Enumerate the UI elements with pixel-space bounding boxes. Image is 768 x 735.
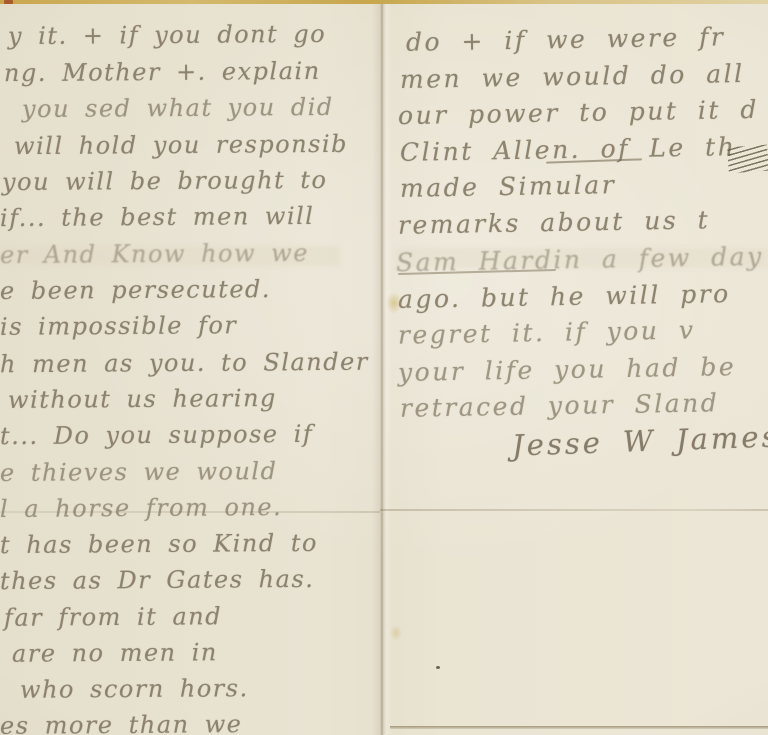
letter-photograph: y it. + if you dont go ng. Mother +. exp… [0,0,768,735]
horizontal-crease-left [0,511,380,513]
letter-line: men we would do all [400,58,745,95]
letter-line: e thieves we would [0,456,277,488]
letter-line: es more than we [0,709,243,735]
yellow-stain [386,292,402,314]
letter-line: you will be brought to [2,165,328,197]
letter-line: your life you had be [398,351,737,388]
letter-line: er And Know how we [0,238,309,270]
ink-speck [436,666,440,669]
red-speck [4,0,13,4]
letter-line: far from it and [4,601,222,633]
letter-line: who scorn hors. [20,673,249,705]
letter-line: l a horse from one. [0,492,282,524]
letter-line: e been persecuted. [0,274,271,306]
letter-line: is impossible for [0,310,237,342]
letter-line: you sed what you did [22,92,334,124]
horizontal-crease-right [380,509,768,511]
letter-line: if... the best men will [0,201,315,233]
signature: Jesse W James [511,419,768,462]
letter-line: are no men in [12,637,218,668]
paper-bottom-edge [390,726,768,729]
letter-line: without us hearing [8,383,277,415]
scribbled-out-word [727,145,768,174]
letter-line: remarks about us t [398,204,711,240]
letter-line: t has been so Kind to [0,528,318,560]
letter-line: do + if we were fr [406,21,726,58]
vertical-fold-crease [372,4,392,735]
letter-line: h men as you. to Slander [0,347,369,380]
letter-line: made Simular [400,169,617,204]
letter-line: will hold you responsib [14,129,348,161]
yellow-stain-small [390,625,402,641]
letter-line: our power to put it d [398,94,759,131]
letter-line: ago. but he will pro [398,278,731,315]
letter-line: retraced your Sland [400,387,720,424]
letter-line: thes as Dr Gates has. [0,564,314,596]
letter-line: y it. + if you dont go [8,19,326,51]
letter-line: ng. Mother +. explain [4,56,321,88]
letter-line: t... Do you suppose if [0,419,313,451]
letter-line: regret it. if you v [398,314,696,350]
